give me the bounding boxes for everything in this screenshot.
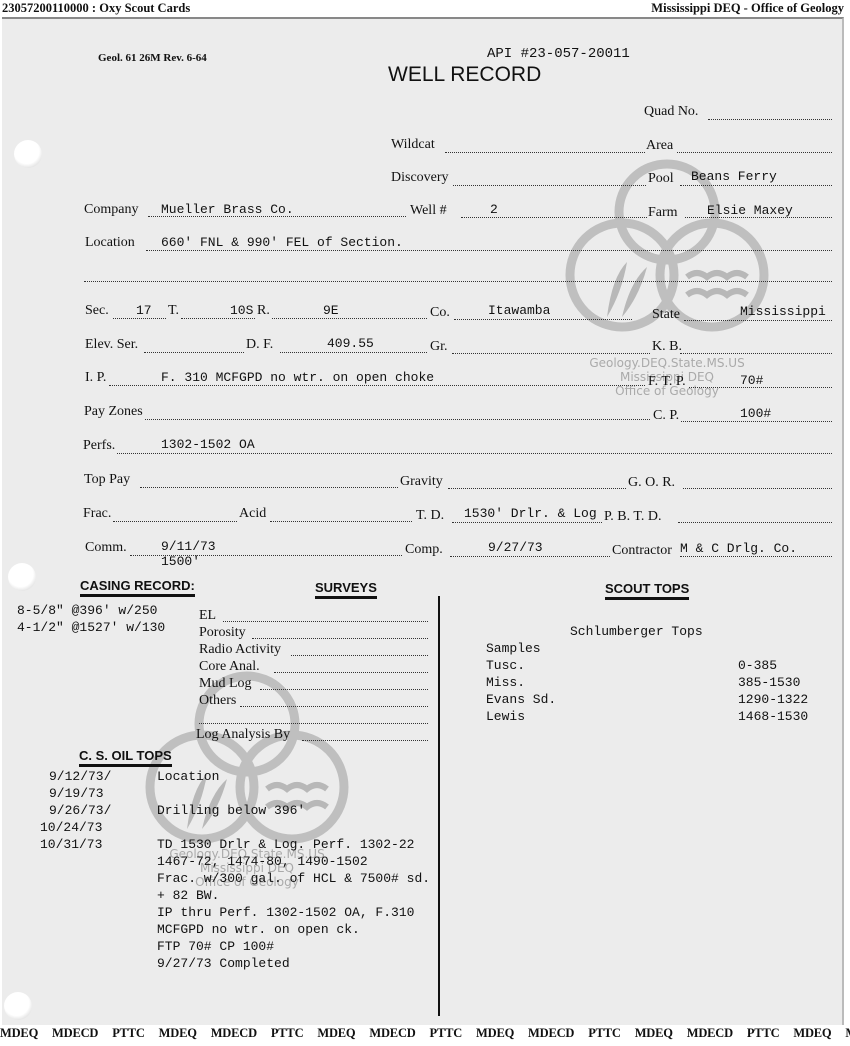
- footer-tag: MDEQ: [317, 1026, 355, 1041]
- survey-item-radio-activity: Radio Activity: [199, 642, 281, 658]
- oil-tops-note: IP thru Perf. 1302-1502 OA, F.310: [157, 905, 414, 920]
- state-label: State: [652, 307, 680, 323]
- wildcat-field[interactable]: [445, 152, 645, 153]
- footer-tag: PTTC: [271, 1026, 304, 1041]
- api-number: API #23-057-20011: [487, 46, 630, 62]
- frac-field[interactable]: [113, 521, 237, 522]
- pool-label: Pool: [648, 171, 674, 187]
- location-field[interactable]: [146, 250, 832, 251]
- df-field[interactable]: [280, 352, 427, 353]
- company-label: Company: [84, 202, 138, 218]
- top-pay-field[interactable]: [140, 487, 398, 488]
- survey-others-field[interactable]: [240, 706, 428, 707]
- scout-tops-subheading: Schlumberger Tops: [570, 624, 703, 639]
- gravity-label: Gravity: [400, 474, 443, 490]
- casing-line: 8-5/8" @396' w/250: [17, 603, 157, 618]
- gor-field[interactable]: [683, 488, 832, 489]
- oil-tops-note: TD 1530 Drlr & Log. Perf. 1302-22: [157, 837, 414, 852]
- pbtd-label: P. B. T. D.: [604, 509, 661, 525]
- cs-oil-tops-heading: C. S. OIL TOPS: [79, 748, 172, 767]
- discovery-field[interactable]: [453, 185, 646, 186]
- record-id-title: 23057200110000 : Oxy Scout Cards: [2, 1, 190, 16]
- ip-field[interactable]: [109, 385, 645, 386]
- area-field[interactable]: [677, 152, 832, 153]
- footer-tag: MDEQ: [159, 1026, 197, 1041]
- page-title: WELL RECORD: [388, 63, 541, 87]
- oil-tops-date: 9/19/73: [49, 786, 104, 801]
- td-field[interactable]: [452, 522, 602, 523]
- cp-field[interactable]: [681, 421, 832, 422]
- perfs-value: 1302-1502 OA: [161, 437, 255, 452]
- scout-top-value: 385-1530: [738, 675, 800, 690]
- ip-label: I. P.: [85, 370, 106, 386]
- oil-tops-note: 9/27/73 Completed: [157, 956, 290, 971]
- perfs-field[interactable]: [117, 453, 832, 454]
- farm-label: Farm: [648, 205, 678, 221]
- punch-hole-icon: [4, 992, 32, 1020]
- contractor-value: M & C Drlg. Co.: [680, 541, 797, 556]
- footer-tag: PTTC: [588, 1026, 621, 1041]
- footer-tag: PTTC: [747, 1026, 780, 1041]
- scout-top-name: Miss.: [486, 675, 525, 690]
- page-footer: MDEQ MDECD PTTC MDEQ MDECD PTTC MDEQ MDE…: [0, 1026, 850, 1046]
- co-value: Itawamba: [488, 303, 550, 318]
- scout-tops-heading: SCOUT TOPS: [605, 581, 689, 600]
- quad-no-field[interactable]: [708, 119, 832, 120]
- oil-tops-date: 9/26/73/: [49, 803, 111, 818]
- gravity-field[interactable]: [448, 488, 626, 489]
- acid-field[interactable]: [270, 521, 412, 522]
- sec-label: Sec.: [85, 303, 109, 319]
- footer-tag: MDECD: [369, 1026, 415, 1041]
- df-value: 409.55: [327, 336, 374, 351]
- casing-record-heading: CASING RECORD:: [80, 578, 195, 597]
- comm-value: 9/11/73: [161, 539, 216, 554]
- well-no-value: 2: [490, 202, 498, 217]
- pool-value: Beans Ferry: [691, 169, 777, 184]
- td-label: T. D.: [416, 508, 444, 524]
- co-field[interactable]: [454, 319, 632, 320]
- well-no-label: Well #: [410, 203, 447, 219]
- state-value: Mississippi: [740, 304, 826, 319]
- frac-label: Frac.: [83, 506, 111, 522]
- comp-label: Comp.: [405, 542, 443, 558]
- elev-ser-field[interactable]: [144, 352, 244, 353]
- company-value: Mueller Brass Co.: [161, 202, 294, 217]
- footer-tag: MDEQ: [0, 1026, 38, 1041]
- comm-label: Comm.: [85, 540, 127, 556]
- cp-label: C. P.: [653, 408, 679, 424]
- agency-title: Mississippi DEQ - Office of Geology: [651, 1, 844, 16]
- survey-radio-activity-field[interactable]: [291, 655, 428, 656]
- survey-item-others: Others: [199, 693, 236, 709]
- survey-blank-field[interactable]: [199, 723, 428, 724]
- oil-tops-date: 10/24/73: [40, 820, 102, 835]
- scout-top-value: 1468-1530: [738, 709, 808, 724]
- survey-item-core-anal: Core Anal.: [199, 659, 260, 675]
- r-label: R.: [257, 303, 270, 319]
- footer-tag: MDEQ: [635, 1026, 673, 1041]
- survey-item-porosity: Porosity: [199, 625, 246, 641]
- location-field-line2[interactable]: [84, 281, 832, 282]
- quad-no-label: Quad No.: [644, 104, 698, 120]
- comp-value: 9/27/73: [488, 540, 543, 555]
- casing-line: 4-1/2" @1527' w/130: [17, 620, 165, 635]
- well-record-card: Geology.DEQ.State.MS.US Mississippi DEQ …: [2, 17, 844, 1025]
- scout-top-name: Tusc.: [486, 658, 525, 673]
- footer-tag: MDECD: [845, 1026, 850, 1041]
- oil-tops-note: FTP 70# CP 100#: [157, 939, 274, 954]
- pool-field[interactable]: [680, 185, 832, 186]
- survey-mud-log-field[interactable]: [260, 689, 428, 690]
- kb-field[interactable]: [680, 353, 832, 354]
- discovery-label: Discovery: [391, 170, 449, 186]
- survey-item-mud-log: Mud Log: [199, 676, 252, 692]
- r-value: 9E: [323, 303, 339, 318]
- area-label: Area: [646, 138, 673, 154]
- contractor-label: Contractor: [612, 543, 672, 559]
- gor-label: G. O. R.: [628, 475, 675, 491]
- ip-value: F. 310 MCFGPD no wtr. on open choke: [161, 370, 434, 385]
- footer-tag: MDECD: [528, 1026, 574, 1041]
- farm-value: Elsie Maxey: [707, 203, 793, 218]
- td-value: 1530' Drlr. & Log: [464, 506, 597, 521]
- perfs-label: Perfs.: [83, 438, 115, 454]
- footer-tag: MDEQ: [793, 1026, 831, 1041]
- survey-core-anal-field[interactable]: [274, 672, 428, 673]
- wildcat-label: Wildcat: [391, 137, 435, 153]
- punch-hole-icon: [8, 563, 36, 591]
- top-pay-label: Top Pay: [84, 472, 130, 488]
- t-value: 10S: [230, 303, 253, 318]
- scout-top-name: Evans Sd.: [486, 692, 556, 707]
- oil-tops-note: Location: [157, 769, 219, 784]
- oil-tops-note: Frac. w/300 gal. of HCL & 7500# sd.: [157, 871, 430, 886]
- acid-label: Acid: [239, 506, 266, 522]
- gr-field[interactable]: [452, 353, 650, 354]
- oil-tops-note: 1467-72, 1474-80, 1490-1502: [157, 854, 368, 869]
- survey-log-analysis-field[interactable]: [302, 740, 428, 741]
- sec-value: 17: [136, 303, 152, 318]
- kb-label: K. B.: [652, 339, 682, 355]
- pay-zones-label: Pay Zones: [84, 404, 143, 420]
- co-label: Co.: [430, 305, 450, 321]
- ftp-value: 70#: [740, 373, 763, 388]
- footer-tag: PTTC: [430, 1026, 463, 1041]
- column-divider: [438, 596, 440, 1016]
- oil-tops-note: + 82 BW.: [157, 888, 219, 903]
- well-no-field[interactable]: [461, 217, 647, 218]
- scout-top-name: Lewis: [486, 709, 525, 724]
- scout-top-value: 0-385: [738, 658, 777, 673]
- scout-top-value: 1290-1322: [738, 692, 808, 707]
- oil-tops-date: 9/12/73/: [49, 769, 111, 784]
- comm-extra-value: 1500': [161, 554, 200, 569]
- df-label: D. F.: [246, 337, 273, 353]
- footer-tag: MDECD: [211, 1026, 257, 1041]
- state-field[interactable]: [684, 320, 832, 321]
- pay-zones-field[interactable]: [145, 419, 650, 420]
- contractor-field[interactable]: [680, 556, 832, 557]
- footer-tag: MDEQ: [476, 1026, 514, 1041]
- oil-tops-note: Drilling below 396': [157, 803, 305, 818]
- sec-field[interactable]: [113, 318, 166, 319]
- form-id: Geol. 61 26M Rev. 6-64: [98, 52, 207, 64]
- footer-tag: PTTC: [112, 1026, 145, 1041]
- elev-ser-label: Elev. Ser.: [85, 337, 138, 353]
- pbtd-field[interactable]: [678, 522, 832, 523]
- t-label: T.: [168, 303, 179, 319]
- oil-tops-date: 10/31/73: [40, 837, 102, 852]
- page-header: 23057200110000 : Oxy Scout Cards Mississ…: [0, 0, 850, 17]
- cp-value: 100#: [740, 406, 771, 421]
- punch-hole-icon: [14, 140, 42, 168]
- footer-tag: MDECD: [52, 1026, 98, 1041]
- gr-label: Gr.: [430, 339, 448, 355]
- survey-item-log-analysis-by: Log Analysis By: [196, 727, 290, 743]
- survey-item-el: EL: [199, 608, 216, 624]
- samples-label: Samples: [486, 641, 541, 656]
- surveys-heading: SURVEYS: [315, 580, 377, 599]
- footer-tag: MDECD: [687, 1026, 733, 1041]
- r-field[interactable]: [272, 318, 427, 319]
- survey-porosity-field[interactable]: [252, 638, 428, 639]
- ftp-label: F. T. P.: [648, 374, 686, 390]
- survey-el-field[interactable]: [223, 621, 428, 622]
- oil-tops-note: MCFGPD no wtr. on open ck.: [157, 922, 360, 937]
- comp-field[interactable]: [450, 556, 610, 557]
- location-value: 660' FNL & 990' FEL of Section.: [161, 235, 403, 250]
- t-field[interactable]: [181, 318, 255, 319]
- location-label: Location: [85, 235, 135, 251]
